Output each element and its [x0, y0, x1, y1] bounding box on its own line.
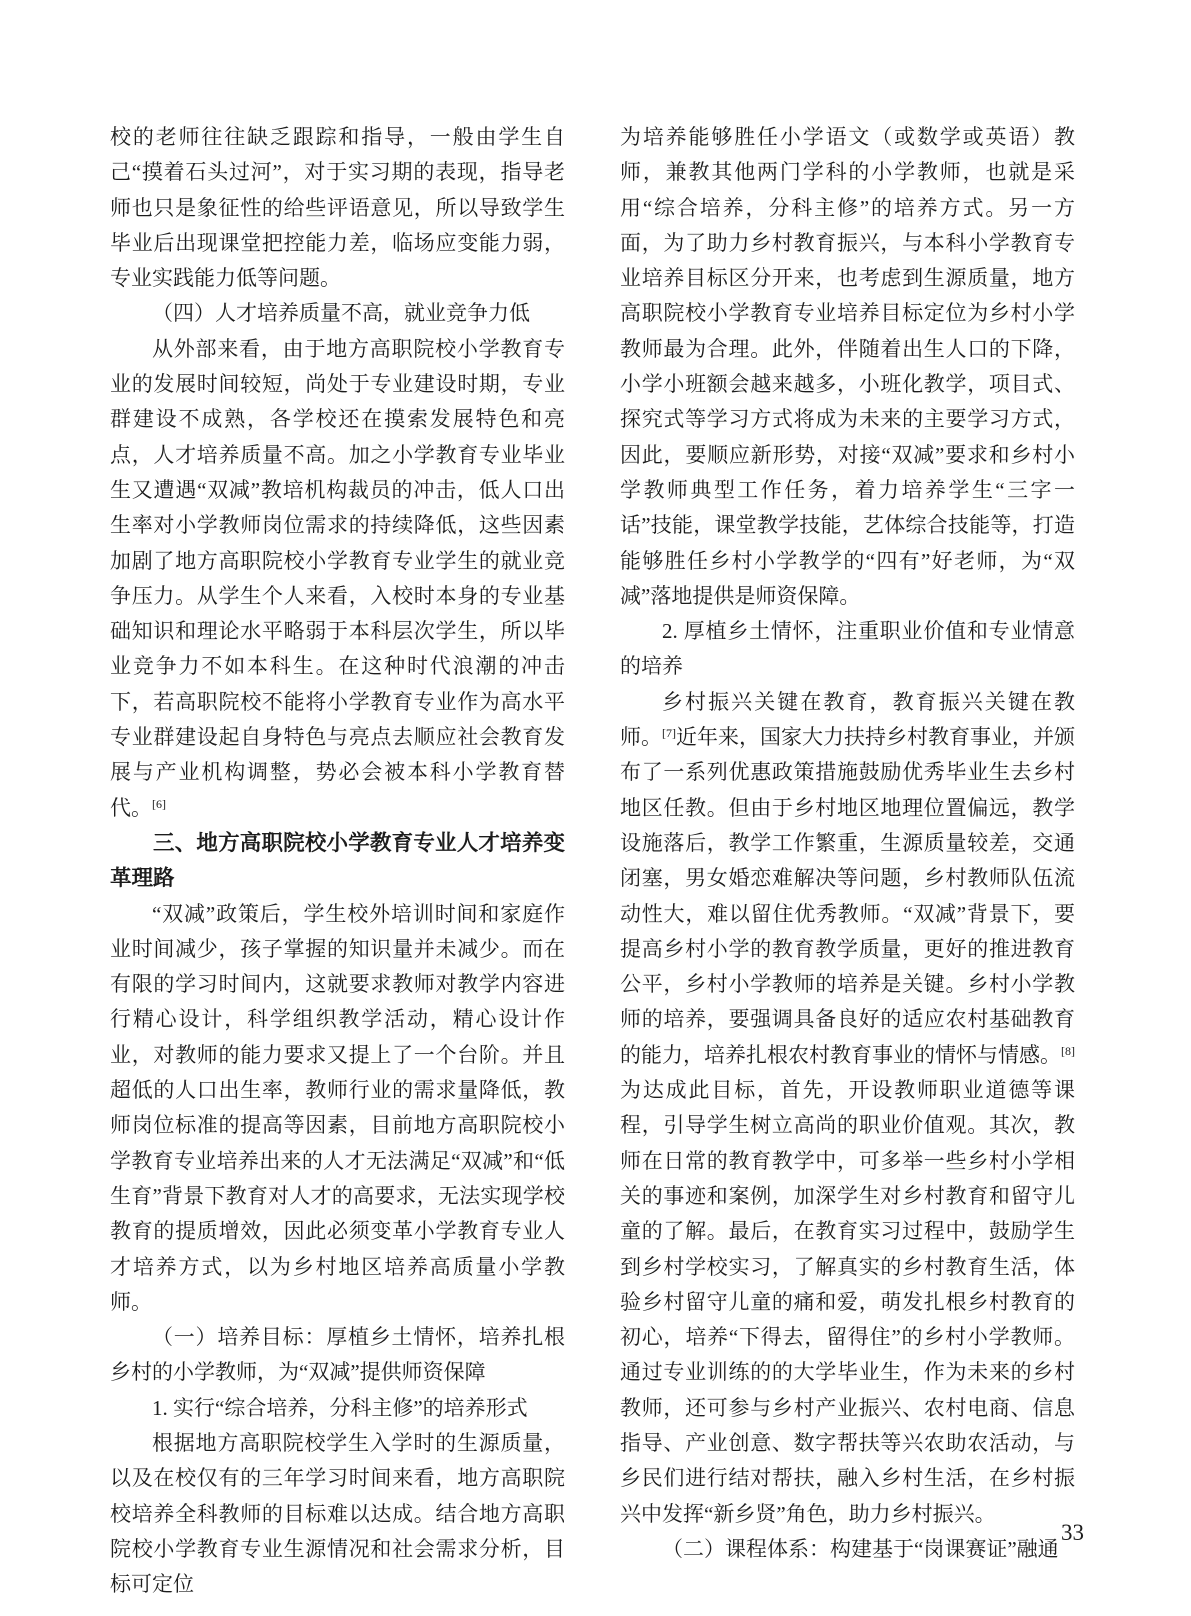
paragraph-training-form: 根据地方高职院校学生入学时的生源质量，以及在校仅有的三年学习时间来看，地方高职院… [110, 1426, 565, 1602]
paragraph-shuangjian-policy: “双减”政策后，学生校外培训时间和家庭作业时间减少，孩子掌握的知识量并未减少。而… [110, 897, 565, 1321]
text-run: 1. 实行“综合培养，分科主修”的培养形式 [152, 1396, 528, 1420]
text-run: 三、地方高职院校小学教育专业人才培养变革理路 [110, 831, 565, 890]
text-run: 近年来，国家大力扶持乡村教育事业，并颁布了一系列优惠政策措施鼓励优秀毕业生去乡村… [620, 725, 1075, 1067]
subheading-yi-training-goal: （一）培养目标：厚植乡土情怀，培养扎根乡村的小学教师，为“双减”提供师资保障 [110, 1320, 565, 1391]
two-column-text-body: 校的老师往往缺乏跟踪和指导，一般由学生自己“摸着石头过河”，对于实习期的表现，指… [110, 120, 1075, 1602]
paragraph-right-continuation: 为培养能够胜任小学语文（或数学或英语）教师，兼教其他两门学科的小学教师，也就是采… [620, 120, 1075, 614]
subheading-2-rural-sentiment: 2. 厚植乡土情怀，注重职业价值和专业情意的培养 [620, 614, 1075, 685]
footnote-reference: [6] [152, 797, 166, 811]
page-number: 33 [1061, 1519, 1084, 1546]
text-run: （四）人才培养质量不高，就业竞争力低 [152, 301, 530, 325]
text-run: 校的老师往往缺乏跟踪和指导，一般由学生自己“摸着石头过河”，对于实习期的表现，指… [110, 125, 565, 290]
text-run: 为达成此目标，首先，开设教师职业道德等课程，引导学生树立高尚的职业价值观。其次，… [620, 1078, 1075, 1526]
left-column: 校的老师往往缺乏跟踪和指导，一般由学生自己“摸着石头过河”，对于实习期的表现，指… [110, 120, 565, 1602]
text-run: 2. 厚植乡土情怀，注重职业价值和专业情意的培养 [620, 619, 1075, 678]
text-run: 从外部来看，由于地方高职院校小学教育专业的发展时间较短，尚处于专业建设时期，专业… [110, 337, 565, 820]
subheading-si: （四）人才培养质量不高，就业竞争力低 [110, 296, 565, 331]
footnote-reference: [8] [1061, 1044, 1075, 1058]
subheading-er-curriculum: （二）课程体系：构建基于“岗课赛证”融通 [620, 1532, 1075, 1567]
text-run: （一）培养目标：厚植乡土情怀，培养扎根乡村的小学教师，为“双减”提供师资保障 [110, 1325, 565, 1384]
heading-section-three: 三、地方高职院校小学教育专业人才培养变革理路 [110, 826, 565, 897]
paragraph-left-continuation: 校的老师往往缺乏跟踪和指导，一般由学生自己“摸着石头过河”，对于实习期的表现，指… [110, 120, 565, 296]
paragraph-rural-revitalization: 乡村振兴关键在教育，教育振兴关键在教师。[7]近年来，国家大力扶持乡村教育事业，… [620, 685, 1075, 1532]
footnote-reference: [7] [662, 726, 676, 740]
text-run: 为培养能够胜任小学语文（或数学或英语）教师，兼教其他两门学科的小学教师，也就是采… [620, 125, 1075, 608]
subheading-1-training-form: 1. 实行“综合培养，分科主修”的培养形式 [110, 1391, 565, 1426]
text-run: “双减”政策后，学生校外培训时间和家庭作业时间减少，孩子掌握的知识量并未减少。而… [110, 902, 565, 1314]
paragraph-employment-pressure: 从外部来看，由于地方高职院校小学教育专业的发展时间较短，尚处于专业建设时期，专业… [110, 332, 565, 826]
text-run: 根据地方高职院校学生入学时的生源质量，以及在校仅有的三年学习时间来看，地方高职院… [110, 1431, 565, 1596]
right-column: 为培养能够胜任小学语文（或数学或英语）教师，兼教其他两门学科的小学教师，也就是采… [620, 120, 1075, 1602]
text-run: （二）课程体系：构建基于“岗课赛证”融通 [662, 1537, 1059, 1561]
